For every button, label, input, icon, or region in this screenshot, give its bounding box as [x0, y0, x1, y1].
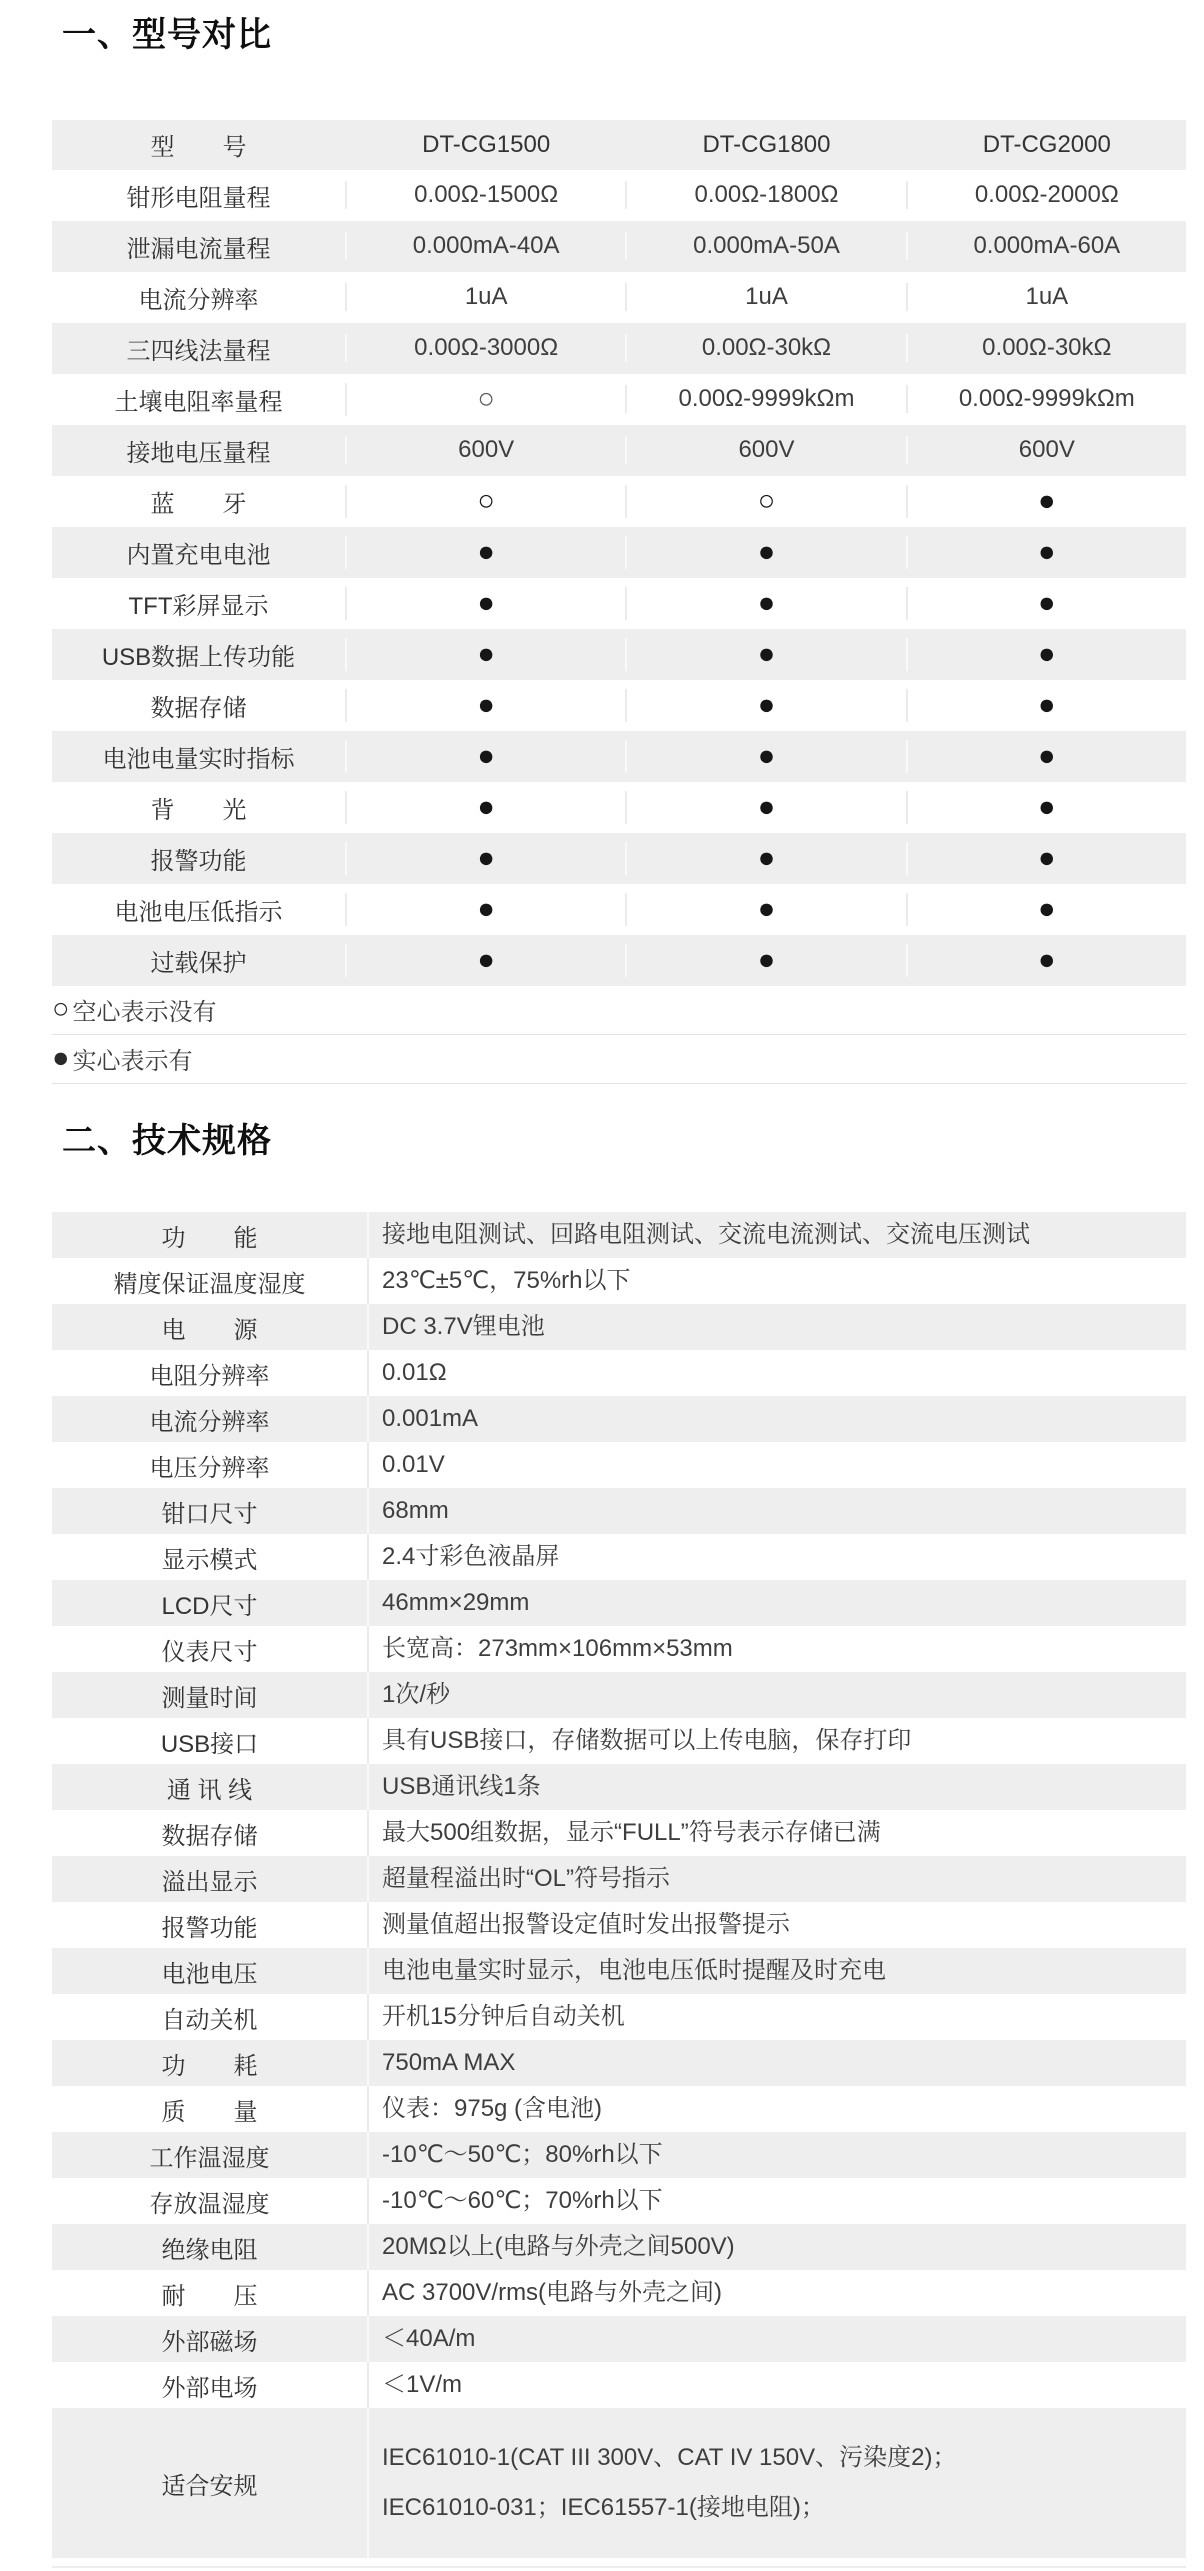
spec-value-line: DC 3.7V锂电池: [382, 1311, 1186, 1342]
row-value: ●: [345, 638, 625, 671]
spec-value-line: 0.001mA: [382, 1403, 1186, 1434]
spec-row: 耐 压 AC 3700V/rms(电路与外壳之间): [52, 2270, 1186, 2316]
table-row: 电流分辨率 1uA 1uA 1uA: [52, 272, 1186, 323]
row-value: ●: [906, 842, 1186, 875]
spec-value-line: IEC61010-031；IEC61557-1(接地电阻)；: [382, 2483, 1186, 2533]
spec-value: 1次/秒: [367, 1672, 1186, 1718]
spec-value: -10℃～60℃；70%rh以下: [367, 2178, 1186, 2224]
spec-label: 电流分辨率: [52, 1402, 367, 1437]
row-value: ●: [345, 587, 625, 620]
spec-label: 电池电压: [52, 1954, 367, 1989]
spec-label: 功 能: [52, 1218, 367, 1253]
spec-row: 溢出显示 超量程溢出时“OL”符号指示: [52, 1856, 1186, 1902]
spec-value-line: IEC61010-1(CAT III 300V、CAT IV 150V、污染度2…: [382, 2433, 1186, 2483]
spec-value: IEC61010-1(CAT III 300V、CAT IV 150V、污染度2…: [367, 2408, 1186, 2558]
spec-row: 电池电压 电池电量实时显示，电池电压低时提醒及时充电: [52, 1948, 1186, 1994]
table-row: 电池电量实时指标 ● ● ●: [52, 731, 1186, 782]
spec-label: 仪表尺寸: [52, 1632, 367, 1667]
row-label: 土壤电阻率量程: [52, 382, 345, 417]
row-value: ●: [625, 893, 905, 926]
spec-value-line: 750mA MAX: [382, 2047, 1186, 2078]
spec-row: 钳口尺寸 68mm: [52, 1488, 1186, 1534]
spec-row: LCD尺寸 46mm×29mm: [52, 1580, 1186, 1626]
spec-value-line: ＜40A/m: [382, 2323, 1186, 2354]
spec-label: 功 耗: [52, 2046, 367, 2081]
table-row: 三四线法量程 0.00Ω-3000Ω 0.00Ω-30kΩ 0.00Ω-30kΩ: [52, 323, 1186, 374]
row-value: ●: [625, 740, 905, 773]
spec-label: 质 量: [52, 2092, 367, 2127]
spec-value-line: 超量程溢出时“OL”符号指示: [382, 1863, 1186, 1894]
spec-label: 适合安规: [52, 2466, 367, 2501]
spec-label: 显示模式: [52, 1540, 367, 1575]
spec-row: 自动关机 开机15分钟后自动关机: [52, 1994, 1186, 2040]
spec-value: 开机15分钟后自动关机: [367, 1994, 1186, 2040]
row-value: ●: [345, 791, 625, 824]
legend-item: ○ 空心表示没有: [52, 986, 1186, 1035]
spec-label: USB接口: [52, 1724, 367, 1759]
spec-value-line: -10℃～50℃；80%rh以下: [382, 2139, 1186, 2170]
row-label: 数据存储: [52, 688, 345, 723]
spec-value: 0.01Ω: [367, 1350, 1186, 1396]
row-value: ●: [906, 740, 1186, 773]
section1-title: 一、型号对比: [62, 0, 1186, 57]
row-label: 背 光: [52, 790, 345, 825]
spec-value-line: 46mm×29mm: [382, 1587, 1186, 1618]
spec-value-line: 接地电阻测试、回路电阻测试、交流电流测试、交流电压测试: [382, 1219, 1186, 1250]
spec-value: 0.01V: [367, 1442, 1186, 1488]
row-label: 钳形电阻量程: [52, 178, 345, 213]
row-label: 电流分辨率: [52, 280, 345, 315]
legend-item: ● 实心表示有: [52, 1035, 1186, 1084]
spec-value: 测量值超出报警设定值时发出报警提示: [367, 1902, 1186, 1948]
spec-label: 外部磁场: [52, 2322, 367, 2357]
row-label: TFT彩屏显示: [52, 586, 345, 621]
spec-value: 0.001mA: [367, 1396, 1186, 1442]
spec-value: 接地电阻测试、回路电阻测试、交流电流测试、交流电压测试: [367, 1212, 1186, 1258]
row-label: 报警功能: [52, 841, 345, 876]
spec-value: DC 3.7V锂电池: [367, 1304, 1186, 1350]
table-row: 背 光 ● ● ●: [52, 782, 1186, 833]
row-value: ●: [345, 689, 625, 722]
table-row: 钳形电阻量程 0.00Ω-1500Ω 0.00Ω-1800Ω 0.00Ω-200…: [52, 170, 1186, 221]
spec-value-line: 20MΩ以上(电路与外壳之间500V): [382, 2231, 1186, 2262]
row-label: USB数据上传功能: [52, 637, 345, 672]
row-value: 600V: [906, 436, 1186, 464]
spec-row: 仪表尺寸 长宽高：273mm×106mm×53mm: [52, 1626, 1186, 1672]
spec-value-line: 具有USB接口，存储数据可以上传电脑，保存打印: [382, 1725, 1186, 1756]
table-row: 数据存储 ● ● ●: [52, 680, 1186, 731]
spec-row: 功 耗 750mA MAX: [52, 2040, 1186, 2086]
spec-value-line: 23℃±5℃，75%rh以下: [382, 1265, 1186, 1296]
row-label: 电池电压低指示: [52, 892, 345, 927]
row-value: 600V: [625, 436, 905, 464]
spec-row: 存放温湿度 -10℃～60℃；70%rh以下: [52, 2178, 1186, 2224]
row-value: ●: [625, 944, 905, 977]
spec-value: 68mm: [367, 1488, 1186, 1534]
spec-value-line: 仪表：975g (含电池): [382, 2093, 1186, 2124]
row-value: 0.00Ω-1800Ω: [625, 181, 905, 209]
row-value: 0.000mA-40A: [345, 232, 625, 260]
spec-label: 测量时间: [52, 1678, 367, 1713]
row-value: 1uA: [345, 283, 625, 311]
row-label: 泄漏电流量程: [52, 229, 345, 264]
row-value: ○: [625, 485, 905, 518]
spec-label: 电 源: [52, 1310, 367, 1345]
spec-label: 耐 压: [52, 2276, 367, 2311]
table-row: 接地电压量程 600V 600V 600V: [52, 425, 1186, 476]
row-label: 过载保护: [52, 943, 345, 978]
row-value: 0.00Ω-2000Ω: [906, 181, 1186, 209]
row-label: 接地电压量程: [52, 433, 345, 468]
row-value: 0.00Ω-30kΩ: [625, 334, 905, 362]
spec-row: 绝缘电阻 20MΩ以上(电路与外壳之间500V): [52, 2224, 1186, 2270]
spec-value-line: 长宽高：273mm×106mm×53mm: [382, 1633, 1186, 1664]
model-name-cell: DT-CG2000: [906, 131, 1186, 159]
row-label: 内置充电电池: [52, 535, 345, 570]
row-value: ○: [345, 383, 625, 416]
spec-row: 通 讯 线 USB通讯线1条: [52, 1764, 1186, 1810]
row-value: ●: [345, 944, 625, 977]
spec-value: AC 3700V/rms(电路与外壳之间): [367, 2270, 1186, 2316]
spec-row: 质 量 仪表：975g (含电池): [52, 2086, 1186, 2132]
spec-value: 750mA MAX: [367, 2040, 1186, 2086]
row-label: 电池电量实时指标: [52, 739, 345, 774]
spec-value: ＜1V/m: [367, 2362, 1186, 2408]
row-value: ○: [345, 485, 625, 518]
spec-label: 数据存储: [52, 1816, 367, 1851]
spec-label: 电阻分辨率: [52, 1356, 367, 1391]
spec-label: 电压分辨率: [52, 1448, 367, 1483]
row-value: ●: [906, 893, 1186, 926]
row-value: ●: [345, 536, 625, 569]
spec-row: 工作温湿度 -10℃～50℃；80%rh以下: [52, 2132, 1186, 2178]
row-value: ●: [625, 587, 905, 620]
spec-value-line: 开机15分钟后自动关机: [382, 2001, 1186, 2032]
row-label: 蓝 牙: [52, 484, 345, 519]
spec-row: 电流分辨率 0.001mA: [52, 1396, 1186, 1442]
tech-spec-body: 功 能 接地电阻测试、回路电阻测试、交流电流测试、交流电压测试 精度保证温度湿度…: [52, 1212, 1186, 2558]
row-value: ●: [625, 689, 905, 722]
spec-label: LCD尺寸: [52, 1586, 367, 1621]
row-value: ●: [345, 740, 625, 773]
table-row: 土壤电阻率量程 ○ 0.00Ω-9999kΩm 0.00Ω-9999kΩm: [52, 374, 1186, 425]
spec-value: ＜40A/m: [367, 2316, 1186, 2362]
row-value: ●: [906, 587, 1186, 620]
row-value: ●: [906, 944, 1186, 977]
header-label-cell: 型 号: [52, 127, 345, 162]
spec-value-line: 0.01Ω: [382, 1357, 1186, 1388]
table-row: 报警功能 ● ● ●: [52, 833, 1186, 884]
spec-value-line: 68mm: [382, 1495, 1186, 1526]
spec-value-line: AC 3700V/rms(电路与外壳之间): [382, 2277, 1186, 2308]
table-row: 泄漏电流量程 0.000mA-40A 0.000mA-50A 0.000mA-6…: [52, 221, 1186, 272]
model-comparison-table: 型 号 DT-CG1500 DT-CG1800 DT-CG2000 钳形电阻量程…: [52, 120, 1186, 1084]
spec-value: USB通讯线1条: [367, 1764, 1186, 1810]
tech-spec-table: 功 能 接地电阻测试、回路电阻测试、交流电流测试、交流电压测试 精度保证温度湿度…: [52, 1212, 1186, 2568]
table-row: 过载保护 ● ● ●: [52, 935, 1186, 986]
row-value: ●: [625, 842, 905, 875]
spec-row: 精度保证温度湿度 23℃±5℃，75%rh以下: [52, 1258, 1186, 1304]
spec-value: 2.4寸彩色液晶屏: [367, 1534, 1186, 1580]
spec-value-line: 0.01V: [382, 1449, 1186, 1480]
row-label: 三四线法量程: [52, 331, 345, 366]
spec-value: 23℃±5℃，75%rh以下: [367, 1258, 1186, 1304]
spec-value: -10℃～50℃；80%rh以下: [367, 2132, 1186, 2178]
spec-label: 自动关机: [52, 2000, 367, 2035]
table-bottom-rule: [52, 2566, 1186, 2568]
table-row: 蓝 牙 ○ ○ ●: [52, 476, 1186, 527]
row-value: 0.000mA-50A: [625, 232, 905, 260]
table-row: USB数据上传功能 ● ● ●: [52, 629, 1186, 680]
spec-row: 功 能 接地电阻测试、回路电阻测试、交流电流测试、交流电压测试: [52, 1212, 1186, 1258]
spec-row: 电 源 DC 3.7V锂电池: [52, 1304, 1186, 1350]
spec-label: 溢出显示: [52, 1862, 367, 1897]
spec-label: 绝缘电阻: [52, 2230, 367, 2265]
table-row: 内置充电电池 ● ● ●: [52, 527, 1186, 578]
row-value: ●: [625, 536, 905, 569]
row-value: ●: [625, 791, 905, 824]
legend-text: 实心表示有: [73, 1041, 193, 1076]
spec-value-line: 最大500组数据，显示“FULL”符号表示存储已满: [382, 1817, 1186, 1848]
spec-value: 电池电量实时显示，电池电压低时提醒及时充电: [367, 1948, 1186, 1994]
spec-label: 钳口尺寸: [52, 1494, 367, 1529]
legend-text: 空心表示没有: [73, 992, 217, 1027]
spec-row: 测量时间 1次/秒: [52, 1672, 1186, 1718]
row-value: ●: [906, 638, 1186, 671]
section2-title: 二、技术规格: [62, 1120, 1186, 1163]
spec-row: USB接口 具有USB接口，存储数据可以上传电脑，保存打印: [52, 1718, 1186, 1764]
row-value: ●: [345, 842, 625, 875]
row-value: ●: [906, 791, 1186, 824]
spec-value: 20MΩ以上(电路与外壳之间500V): [367, 2224, 1186, 2270]
row-value: ●: [345, 893, 625, 926]
spec-value-line: 测量值超出报警设定值时发出报警提示: [382, 1909, 1186, 1940]
model-table-header-row: 型 号 DT-CG1500 DT-CG1800 DT-CG2000: [52, 120, 1186, 170]
spec-label: 报警功能: [52, 1908, 367, 1943]
spec-row: 数据存储 最大500组数据，显示“FULL”符号表示存储已满: [52, 1810, 1186, 1856]
row-value: ●: [625, 638, 905, 671]
spec-value-line: -10℃～60℃；70%rh以下: [382, 2185, 1186, 2216]
row-value: 1uA: [625, 283, 905, 311]
spec-row: 显示模式 2.4寸彩色液晶屏: [52, 1534, 1186, 1580]
row-value: 0.000mA-60A: [906, 232, 1186, 260]
spec-value-line: 2.4寸彩色液晶屏: [382, 1541, 1186, 1572]
spec-label: 工作温湿度: [52, 2138, 367, 2173]
circle-icon: ○: [52, 995, 70, 1024]
model-name-cell: DT-CG1500: [345, 131, 625, 159]
spec-value: 最大500组数据，显示“FULL”符号表示存储已满: [367, 1810, 1186, 1856]
row-value: ●: [906, 536, 1186, 569]
row-value: 0.00Ω-3000Ω: [345, 334, 625, 362]
model-name-cell: DT-CG1800: [625, 131, 905, 159]
circle-icon: ●: [52, 1044, 70, 1073]
row-value: ●: [906, 485, 1186, 518]
spec-row: 外部磁场 ＜40A/m: [52, 2316, 1186, 2362]
spec-row: 电阻分辨率 0.01Ω: [52, 1350, 1186, 1396]
spec-value-line: 电池电量实时显示，电池电压低时提醒及时充电: [382, 1955, 1186, 1986]
spec-row: 适合安规 IEC61010-1(CAT III 300V、CAT IV 150V…: [52, 2408, 1186, 2558]
spec-value: 长宽高：273mm×106mm×53mm: [367, 1626, 1186, 1672]
spec-label: 外部电场: [52, 2368, 367, 2403]
spec-value: 超量程溢出时“OL”符号指示: [367, 1856, 1186, 1902]
spec-row: 外部电场 ＜1V/m: [52, 2362, 1186, 2408]
spec-label: 精度保证温度湿度: [52, 1264, 367, 1299]
spec-value-line: ＜1V/m: [382, 2369, 1186, 2400]
spec-value-line: 1次/秒: [382, 1679, 1186, 1710]
row-value: 0.00Ω-9999kΩm: [625, 385, 905, 413]
table-row: TFT彩屏显示 ● ● ●: [52, 578, 1186, 629]
spec-value: 具有USB接口，存储数据可以上传电脑，保存打印: [367, 1718, 1186, 1764]
spec-value-line: USB通讯线1条: [382, 1771, 1186, 1802]
row-value: 0.00Ω-9999kΩm: [906, 385, 1186, 413]
row-value: ●: [906, 689, 1186, 722]
legend: ○ 空心表示没有 ● 实心表示有: [52, 986, 1186, 1084]
spec-value: 仪表：975g (含电池): [367, 2086, 1186, 2132]
row-value: 0.00Ω-1500Ω: [345, 181, 625, 209]
spec-value: 46mm×29mm: [367, 1580, 1186, 1626]
model-table-body: 钳形电阻量程 0.00Ω-1500Ω 0.00Ω-1800Ω 0.00Ω-200…: [52, 170, 1186, 986]
spec-sheet: 一、型号对比 型 号 DT-CG1500 DT-CG1800 DT-CG2000…: [52, 0, 1186, 2568]
spec-label: 通 讯 线: [52, 1770, 367, 1805]
row-value: 600V: [345, 436, 625, 464]
spec-row: 报警功能 测量值超出报警设定值时发出报警提示: [52, 1902, 1186, 1948]
row-value: 1uA: [906, 283, 1186, 311]
row-value: 0.00Ω-30kΩ: [906, 334, 1186, 362]
spec-label: 存放温湿度: [52, 2184, 367, 2219]
spec-row: 电压分辨率 0.01V: [52, 1442, 1186, 1488]
table-row: 电池电压低指示 ● ● ●: [52, 884, 1186, 935]
